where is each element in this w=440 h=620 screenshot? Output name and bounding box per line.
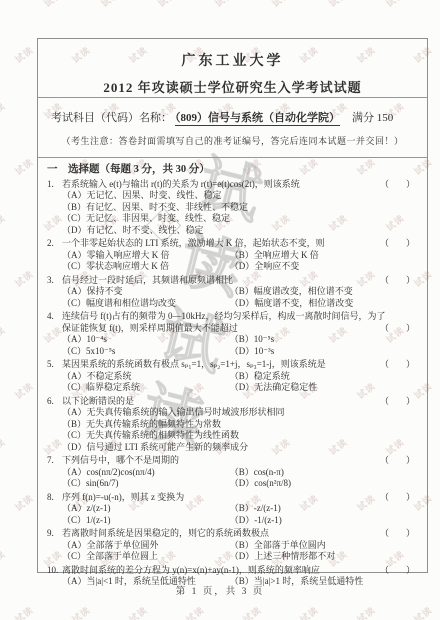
answer-bracket: （ ）	[380, 565, 419, 577]
question-text: 一个非零起始状态的 LTI 系统，激励增大 K 倍，起始状态不变，则	[62, 238, 325, 248]
stamp-watermark: 试读	[12, 379, 36, 402]
question-stem: 7.下列信号中，哪个不是周期的（ ）	[47, 455, 419, 467]
answer-bracket: （ ）	[380, 528, 419, 540]
option-item: （A）z/(z-1)	[62, 503, 230, 515]
option-item: （B）幅度谱改变，相位谱不变	[230, 286, 419, 298]
question-number: 10.	[47, 565, 58, 577]
question-text: 以下论断错误的是	[62, 396, 134, 406]
university-name: 广东工业大学	[38, 50, 427, 70]
option-item: （D）cos(n²π/8)	[230, 478, 419, 490]
option-item: （D）信号通过 LTI 系统可能产生新的频率成分	[62, 442, 419, 454]
exam-page: 试读试读试读试读试读试读试读试读试读试读试读试读试读试读试读试读试读试读试读试读…	[0, 0, 440, 620]
option-item: （A）无记忆、因果、时变、线性、稳定	[62, 190, 419, 202]
option-item: （B）有记忆、因果、时不变、非线性、不稳定	[62, 202, 419, 214]
page-number: 第 1 页，共 3 页	[0, 583, 440, 597]
question-number: 1.	[47, 179, 54, 191]
question-stem: 1.若系统输入 e(t)与输出 r(t)的关系为 r(t)=e(t)cos(2t…	[47, 179, 419, 191]
paper-header: 广东工业大学 2012 年攻读硕士学位研究生入学考试试题	[38, 39, 427, 98]
question-text: 某因果系统的系统函数有极点 sₚ₁=1，sₚ₂=1+j，sₚ₃=1-j，则该系统…	[62, 359, 326, 369]
question-item: 2.一个非零起始状态的 LTI 系统，激励增大 K 倍，起始状态不变，则（ ）（…	[47, 238, 419, 273]
question-number: 3.	[47, 275, 54, 287]
question-text: 若系统输入 e(t)与输出 r(t)的关系为 r(t)=e(t)cos(2t)，…	[62, 179, 300, 189]
answer-bracket: （ ）	[380, 323, 419, 335]
options-group: （A）保持不变（B）幅度谱改变，相位谱不变（C）幅度谱和相位谱均改变（D）幅度谱…	[47, 286, 419, 309]
question-text: 离散时间系统的差分方程为 y(n)=x(n)+ay(n-1)，则系统的频率响应	[62, 565, 320, 575]
question-number: 6.	[47, 396, 54, 408]
question-stem: 4.连续信号 f(t)占有的频带为 0—10kHz，经均匀采样后，构成一离散时间…	[47, 311, 419, 334]
option-item: （A）不稳定系统	[62, 371, 230, 383]
question-number: 8.	[47, 492, 54, 504]
option-item: （C）无记忆、非因果、时变、线性、稳定	[62, 213, 419, 225]
question-item: 5.某因果系统的系统函数有极点 sₚ₁=1，sₚ₂=1+j，sₚ₃=1-j，则该…	[47, 359, 419, 394]
stamp-watermark: 试读	[12, 267, 36, 290]
option-item: （C）1/(z-1)	[62, 515, 230, 527]
options-group: （A）10⁻⁴s（B）10⁻⁵s（C）5x10⁻⁵s（D）10⁻³s	[47, 334, 419, 357]
option-item: （A）无失真传输系统的输入输出信号时域波形形状相同	[62, 407, 419, 419]
stamp-watermark: 试读	[269, 0, 293, 10]
stamp-watermark: 试读	[98, 0, 122, 10]
options-group: （A）无失真传输系统的输入输出信号时域波形形状相同（B）无失真传输系统的幅频特性…	[47, 407, 419, 453]
option-item: （D）幅度谱不变，相位谱改变	[230, 298, 419, 310]
stamp-watermark: 试读	[411, 603, 435, 620]
stamp-watermark: 试读	[41, 0, 65, 10]
question-stem: 9.若离散时间系统是因果稳定的，则它的系统函数极点（ ）	[47, 528, 419, 540]
question-text: 若离散时间系统是因果稳定的，则它的系统函数极点	[62, 528, 269, 538]
question-number: 4.	[47, 311, 54, 323]
option-item: （D）有记忆、时不变、线性、稳定	[62, 225, 419, 237]
answer-bracket: （ ）	[380, 396, 419, 408]
candidate-notice: （考生注意：答卷封面需填写自己的准考证编号，答完后连同本试题一并交回！）	[38, 134, 427, 147]
stamp-watermark: 试读	[126, 603, 150, 620]
stamp-watermark: 试读	[12, 491, 36, 514]
question-stem: 8.序列 f(n)=-u(-n)，则其 z 变换为（ ）	[47, 492, 419, 504]
option-item: （A）全部落于单位圆外	[62, 540, 230, 552]
question-text: 信号经过一段时延后，其频谱和原频谱相比	[62, 275, 233, 285]
answer-bracket: （ ）	[380, 455, 419, 467]
option-item: （D）上述三种情形都不对	[230, 551, 419, 563]
option-item: （C）5x10⁻⁵s	[62, 346, 230, 358]
question-stem: 2.一个非零起始状态的 LTI 系统，激励增大 K 倍，起始状态不变，则（ ）	[47, 238, 419, 250]
option-item: （B）全部落于单位圆内	[230, 540, 419, 552]
answer-bracket: （ ）	[380, 492, 419, 504]
question-number: 5.	[47, 359, 54, 371]
option-item: （D）10⁻³s	[230, 346, 419, 358]
question-text: 序列 f(n)=-u(-n)，则其 z 变换为	[62, 492, 184, 502]
option-item: （A）cos(nπ/2)cos(nπ/4)	[62, 467, 230, 479]
stamp-watermark: 试读	[0, 547, 8, 570]
stamp-watermark: 试读	[383, 0, 407, 10]
section-title: 一 选择题（每题 3 分，共 30 分）	[47, 164, 419, 176]
question-item: 7.下列信号中，哪个不是周期的（ ）（A）cos(nπ/2)cos(nπ/4)（…	[47, 455, 419, 490]
paper-border-box: 广东工业大学 2012 年攻读硕士学位研究生入学考试试题 考试科目（代码）名称：…	[37, 38, 428, 573]
question-number: 9.	[47, 528, 54, 540]
option-item: （A）零输入响应增大 K 倍	[62, 250, 230, 262]
option-item: （C）sin(6n/7)	[62, 478, 230, 490]
question-number: 7.	[47, 455, 54, 467]
question-stem: 3.信号经过一段时延后，其频谱和原频谱相比（ ）	[47, 275, 419, 287]
question-item: 1.若系统输入 e(t)与输出 r(t)的关系为 r(t)=e(t)cos(2t…	[47, 179, 419, 237]
stamp-watermark: 试读	[354, 603, 378, 620]
question-text: 下列信号中，哪个不是周期的	[62, 455, 179, 465]
stamp-watermark: 试读	[0, 0, 8, 10]
full-score: 满分 150	[352, 112, 393, 124]
stamp-watermark: 试读	[212, 0, 236, 10]
stamp-watermark: 试读	[69, 603, 93, 620]
answer-bracket: （ ）	[380, 179, 419, 191]
options-group: （A）全部落于单位圆外（B）全部落于单位圆内（C）全部落于单位圆上（D）上述三种…	[47, 540, 419, 563]
stamp-watermark: 试读	[0, 99, 8, 122]
stamp-watermark: 试读	[12, 43, 36, 66]
option-item: （A）10⁻⁴s	[62, 334, 230, 346]
questions-list: 1.若系统输入 e(t)与输出 r(t)的关系为 r(t)=e(t)cos(2t…	[47, 179, 419, 588]
stamp-watermark: 试读	[0, 211, 8, 234]
options-group: （A）不稳定系统（B）稳定系统（C）临界稳定系统（D）无法确定稳定性	[47, 371, 419, 394]
option-item: （B）全响应增大 K 倍	[230, 250, 419, 262]
stamp-watermark: 试读	[12, 155, 36, 178]
option-item: （B）10⁻⁵s	[230, 334, 419, 346]
stamp-watermark: 试读	[240, 603, 264, 620]
option-item: （A）保持不变	[62, 286, 230, 298]
subject-label: 考试科目（代码）名称：	[51, 112, 172, 124]
question-text: 连续信号 f(t)占有的频带为 0—10kHz，经均匀采样后，构成一离散时间信号…	[62, 311, 386, 333]
options-group: （A）零输入响应增大 K 倍（B）全响应增大 K 倍（C）零状态响应增大 K 倍…	[47, 250, 419, 273]
question-item: 4.连续信号 f(t)占有的频带为 0—10kHz，经均匀采样后，构成一离散时间…	[47, 311, 419, 357]
option-item: （C）临界稳定系统	[62, 382, 230, 394]
stamp-watermark: 试读	[297, 603, 321, 620]
subject-value: （809）信号与系统（自动化学院）	[175, 112, 340, 126]
option-item: （C）全部落于单位圆上	[62, 551, 230, 563]
question-item: 3.信号经过一段时延后，其频谱和原频谱相比（ ）（A）保持不变（B）幅度谱改变，…	[47, 275, 419, 310]
answer-bracket: （ ）	[380, 275, 419, 287]
options-group: （A）无记忆、因果、时变、线性、稳定（B）有记忆、因果、时不变、非线性、不稳定（…	[47, 190, 419, 236]
option-item: （B）稳定系统	[230, 371, 419, 383]
stamp-watermark: 试读	[0, 435, 8, 458]
option-item: （D）全响应不变	[230, 261, 419, 273]
question-stem: 5.某因果系统的系统函数有极点 sₚ₁=1，sₚ₂=1+j，sₚ₃=1-j，则该…	[47, 359, 419, 371]
option-item: （C）幅度谱和相位谱均改变	[62, 298, 230, 310]
questions-section: 一 选择题（每题 3 分，共 30 分） 1.若系统输入 e(t)与输出 r(t…	[38, 158, 427, 588]
option-item: （C）无失真传输系统的相频特性为线性函数	[62, 430, 419, 442]
option-item: （B）cos(n-π)	[230, 467, 419, 479]
option-item: （D）-1/(z-1)	[230, 515, 419, 527]
question-stem: 10.离散时间系统的差分方程为 y(n)=x(n)+ay(n-1)，则系统的频率…	[47, 565, 419, 577]
answer-bracket: （ ）	[380, 359, 419, 371]
stamp-watermark: 试读	[12, 603, 36, 620]
options-group: （A）z/(z-1)（B）-z/(z-1)（C）1/(z-1)（D）-1/(z-…	[47, 503, 419, 526]
question-item: 6.以下论断错误的是（ ）（A）无失真传输系统的输入输出信号时域波形形状相同（B…	[47, 396, 419, 454]
answer-bracket: （ ）	[380, 238, 419, 250]
option-item: （C）零状态响应增大 K 倍	[62, 261, 230, 273]
stamp-watermark: 试读	[326, 0, 350, 10]
stamp-watermark: 试读	[155, 0, 179, 10]
question-item: 9.若离散时间系统是因果稳定的，则它的系统函数极点（ ）（A）全部落于单位圆外（…	[47, 528, 419, 563]
option-item: （B）-z/(z-1)	[230, 503, 419, 515]
stamp-watermark: 试读	[183, 603, 207, 620]
exam-title: 2012 年攻读硕士学位研究生入学考试试题	[38, 77, 427, 96]
option-item: （B）无失真传输系统的幅频特性为常数	[62, 419, 419, 431]
question-item: 8.序列 f(n)=-u(-n)，则其 z 变换为（ ）（A）z/(z-1)（B…	[47, 492, 419, 527]
subject-line: 考试科目（代码）名称：（809）信号与系统（自动化学院）满分 150	[38, 109, 427, 125]
option-item: （D）无法确定稳定性	[230, 382, 419, 394]
stamp-watermark: 试读	[0, 323, 8, 346]
question-number: 2.	[47, 238, 54, 250]
subject-section: 考试科目（代码）名称：（809）信号与系统（自动化学院）满分 150 （考生注意…	[38, 98, 427, 158]
question-stem: 6.以下论断错误的是（ ）	[47, 396, 419, 408]
options-group: （A）cos(nπ/2)cos(nπ/4)（B）cos(n-π)（C）sin(6…	[47, 467, 419, 490]
